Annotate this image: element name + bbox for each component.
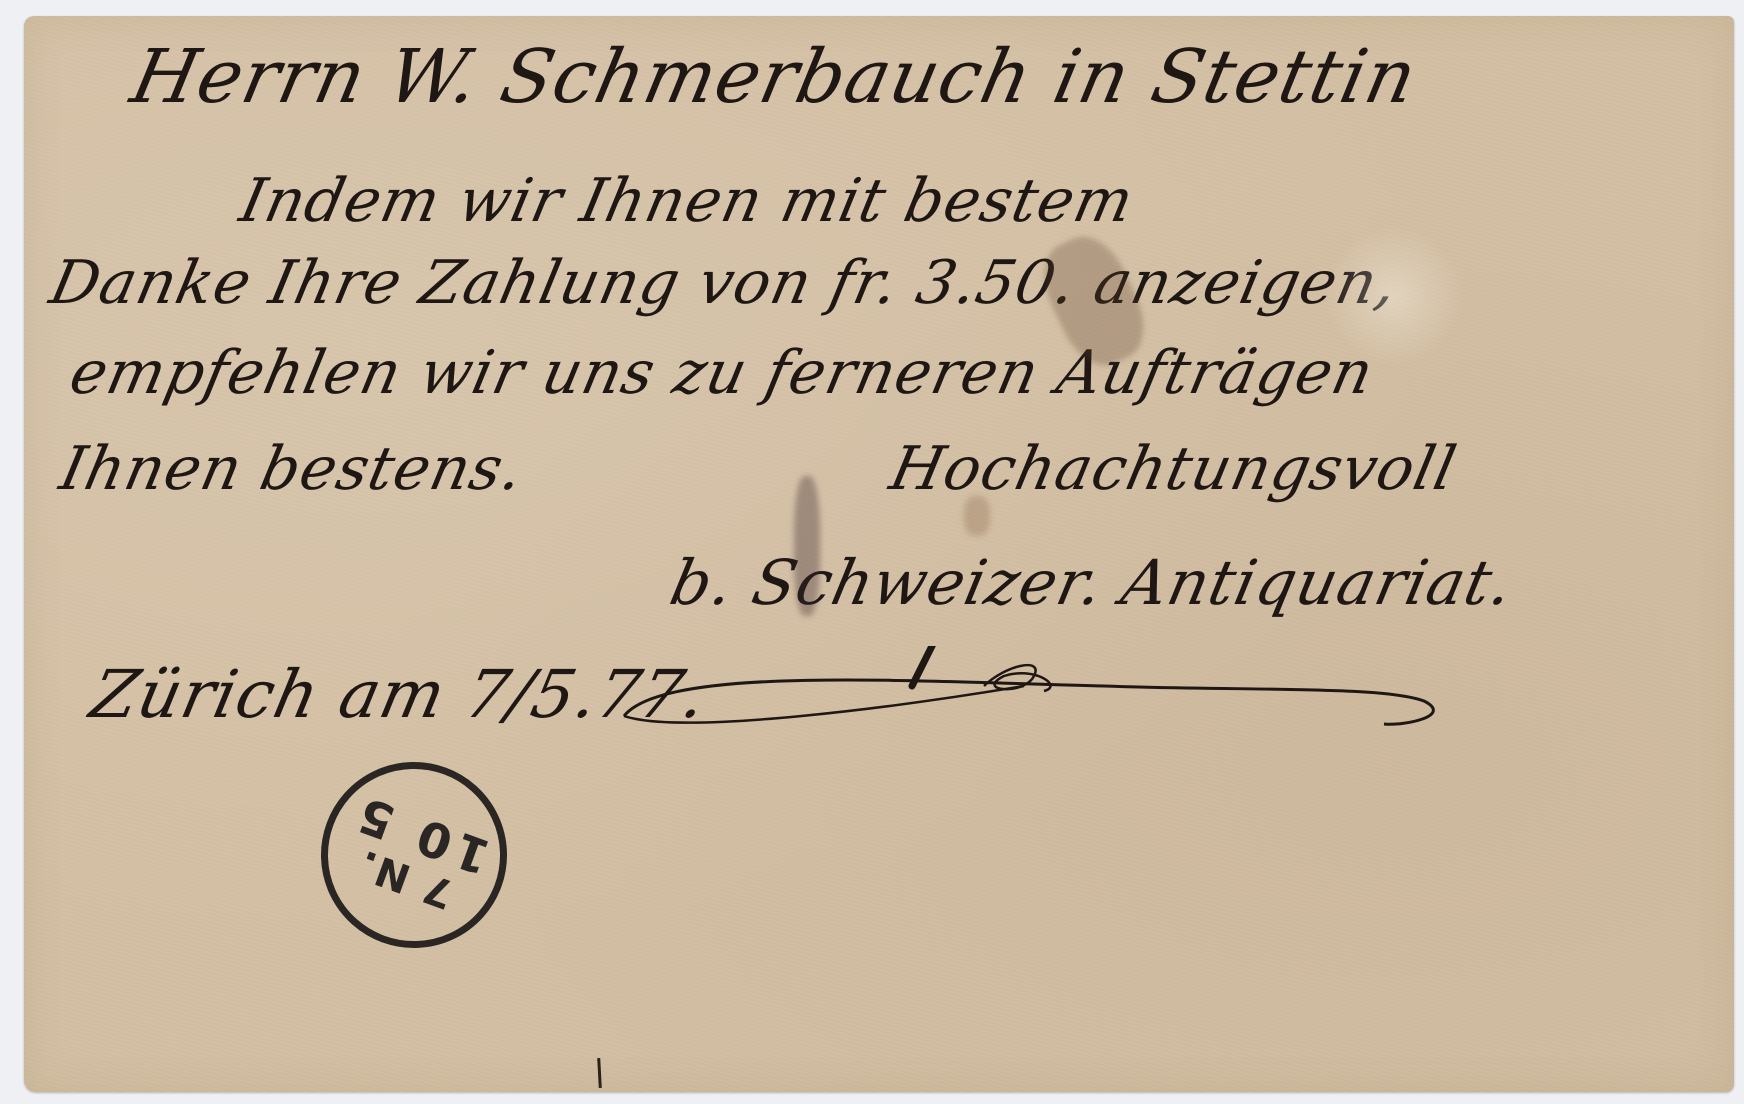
postcard: Herrn W. Schmerbauch in Stettin Indem wi… [24, 16, 1734, 1092]
edge-tear [597, 1058, 602, 1088]
ink-smudge [964, 496, 990, 536]
body-line-4: Ihnen bestens. [54, 434, 530, 504]
closing-salutation: Hochachtungsvoll [884, 434, 1463, 504]
address-line: Herrn W. Schmerbauch in Stettin [124, 34, 1424, 120]
embossed-mark [1324, 216, 1464, 376]
signature-flourish [604, 646, 1504, 736]
ink-smudge [794, 476, 820, 616]
signature: b. Schweizer. Antiquariat. [664, 546, 1520, 619]
body-line-1: Indem wir Ihnen mit bestem [234, 166, 1140, 236]
scan-background: Herrn W. Schmerbauch in Stettin Indem wi… [0, 0, 1744, 1104]
postmark-stamp: 7 N. 10 5 [295, 736, 533, 974]
body-line-2: Danke Ihre Zahlung von fr. 3.50. anzeige… [44, 248, 1404, 318]
body-line-3: empfehlen wir uns zu ferneren Aufträgen [64, 338, 1380, 408]
